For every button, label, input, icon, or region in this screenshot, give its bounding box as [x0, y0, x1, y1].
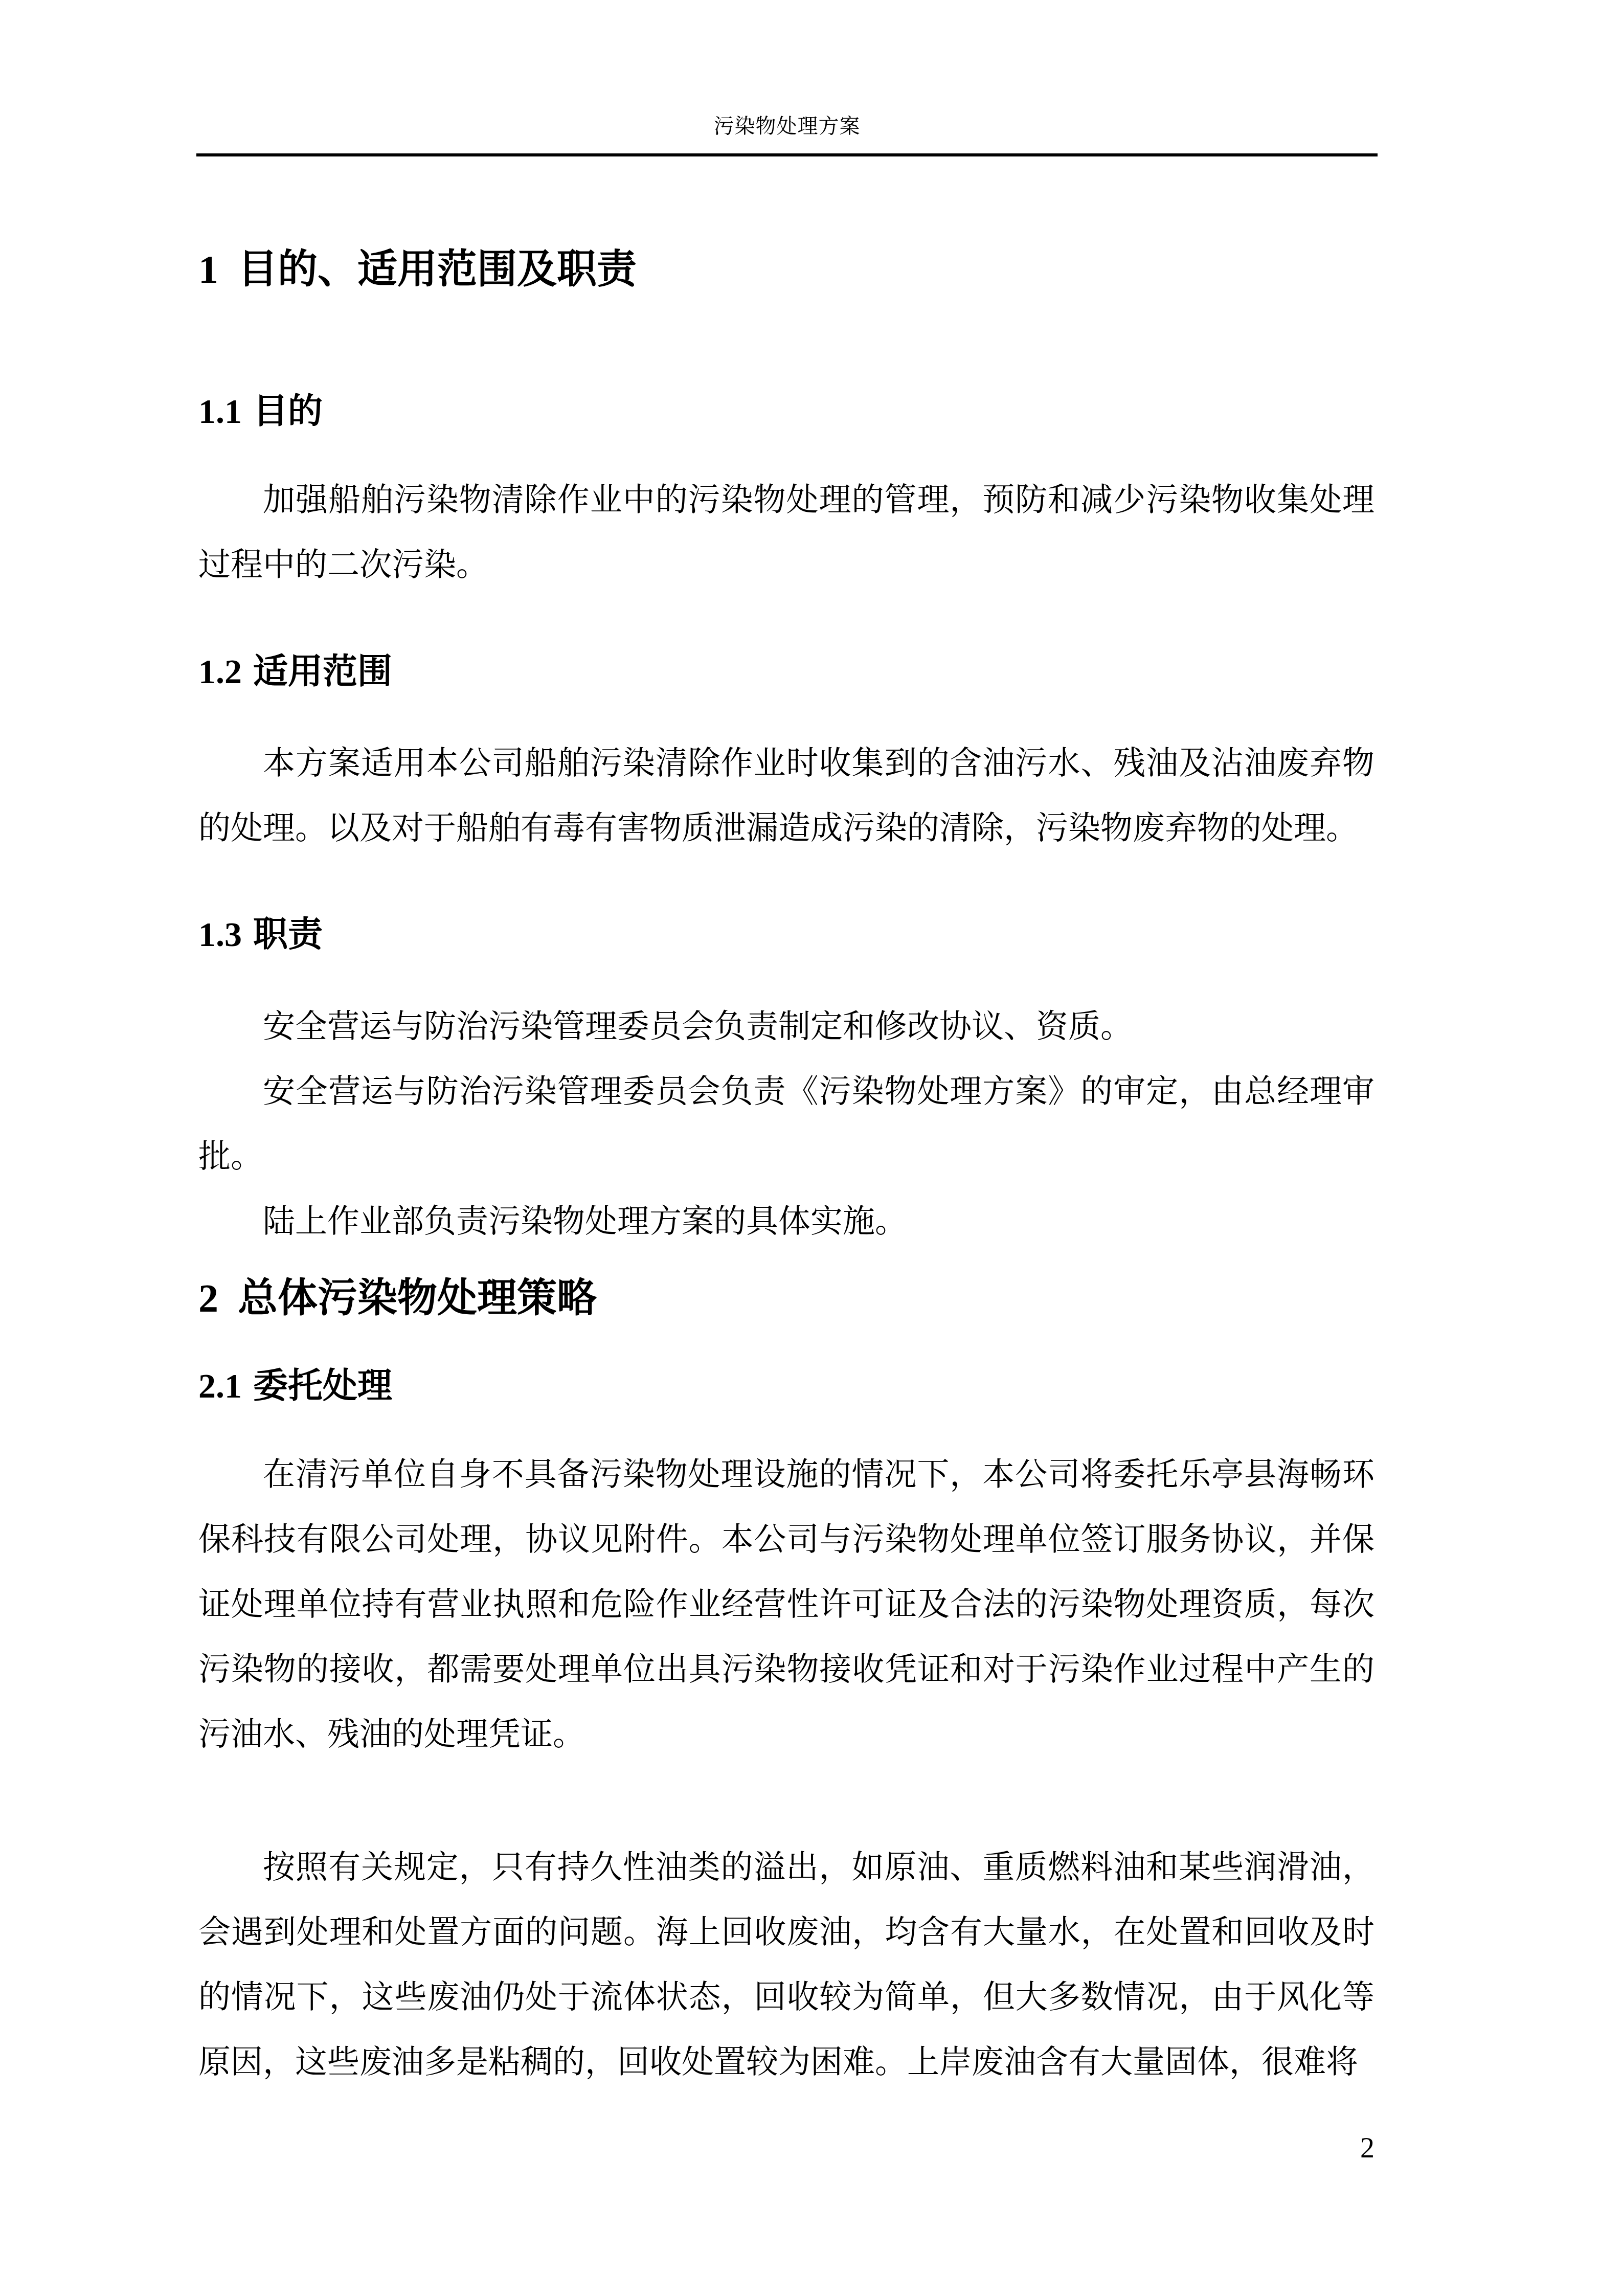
paragraph-entrusted-treatment-1: 在清污单位自身不具备污染物处理设施的情况下，本公司将委托乐亭县海畅环保科技有限公…	[198, 1442, 1374, 1767]
heading-1-purpose-scope-duties: 1目的、适用范围及职责	[198, 245, 1374, 294]
paragraph-purpose: 加强船舶污染物清除作业中的污染物处理的管理，预防和减少污染物收集处理过程中的二次…	[198, 467, 1374, 597]
page-number: 2	[198, 2131, 1374, 2166]
heading-1-2-scope: 1.2适用范围	[198, 650, 1374, 692]
heading-2-overall-strategy: 2总体污染物处理策略	[198, 1274, 1374, 1322]
page-header-title: 污染物处理方案	[196, 114, 1378, 139]
heading-2-number: 2	[198, 1276, 218, 1320]
heading-1-2-title: 适用范围	[253, 652, 392, 691]
header-rule	[196, 153, 1378, 156]
paragraph-duty-committee-approval: 安全营运与防治污染管理委员会负责《污染物处理方案》的审定，由总经理审批。	[198, 1059, 1374, 1189]
heading-1-number: 1	[198, 247, 218, 291]
heading-2-1-entrusted-treatment: 2.1委托处理	[198, 1365, 1374, 1407]
heading-1-3-duties: 1.3职责	[198, 913, 1374, 955]
heading-1-3-title: 职责	[253, 915, 323, 954]
heading-1-title: 目的、适用范围及职责	[238, 247, 637, 291]
heading-1-1-purpose: 1.1目的	[198, 390, 1374, 432]
paragraph-entrusted-treatment-2: 按照有关规定，只有持久性油类的溢出，如原油、重质燃料油和某些润滑油，会遇到处理和…	[198, 1835, 1374, 2095]
document-page: 污染物处理方案 1目的、适用范围及职责 1.1目的 加强船舶污染物清除作业中的污…	[0, 0, 1623, 2296]
paragraph-duty-shore-department: 陆上作业部负责污染物处理方案的具体实施。	[198, 1189, 1374, 1254]
heading-1-3-number: 1.3	[198, 915, 242, 954]
heading-1-2-number: 1.2	[198, 652, 242, 691]
paragraph-scope: 本方案适用本公司船舶污染清除作业时收集到的含油污水、残油及沾油废弃物的处理。以及…	[198, 731, 1374, 861]
heading-2-title: 总体污染物处理策略	[238, 1276, 597, 1320]
heading-1-1-title: 目的	[253, 392, 323, 431]
heading-2-1-number: 2.1	[198, 1366, 242, 1405]
paragraph-duty-committee-agreements: 安全营运与防治污染管理委员会负责制定和修改协议、资质。	[198, 994, 1374, 1059]
heading-2-1-title: 委托处理	[253, 1366, 392, 1405]
heading-1-1-number: 1.1	[198, 392, 242, 431]
